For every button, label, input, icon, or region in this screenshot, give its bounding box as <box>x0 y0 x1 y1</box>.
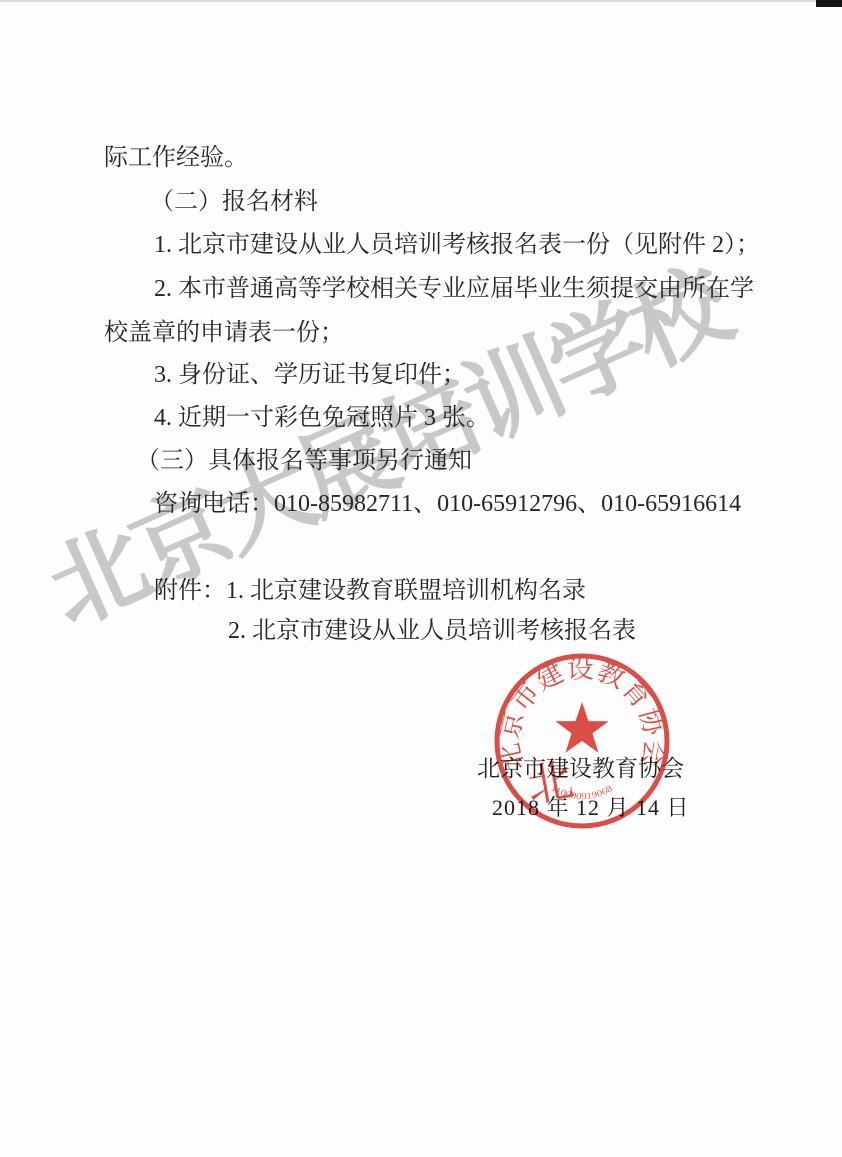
item-graduate-application-2: 校盖章的申请表一份； <box>104 320 344 348</box>
item-id-copies: 3. 身份证、学历证书复印件； <box>154 362 466 390</box>
document-page: 北京大展培训学校 际工作经验。 （二）报名材料 1. 北京市建设从业人员培训考核… <box>0 0 842 1157</box>
line-carryover-text: 际工作经验。 <box>104 145 248 173</box>
item-registration-form: 1. 北京市建设从业人员培训考核报名表一份（见附件 2）； <box>154 232 760 260</box>
scan-edge-line <box>0 0 842 2</box>
official-seal: 北京市建设教育协会 110000919068 北 <box>487 646 677 836</box>
scan-corner-mark <box>816 0 842 7</box>
heading-registration-materials: （二）报名材料 <box>150 189 318 217</box>
line-contact-phones: 咨询电话：010-85982711、010-65912796、010-65916… <box>154 491 741 519</box>
line-attachment-1: 附件：1. 北京建设教育联盟培训机构名录 <box>154 578 586 606</box>
line-attachment-2: 2. 北京市建设从业人员培训考核报名表 <box>228 618 636 646</box>
item-graduate-application-1: 2. 本市普通高等学校相关专业应届毕业生须提交由所在学 <box>154 276 754 304</box>
star-icon <box>555 702 608 753</box>
seal-corner-glyph: 北 <box>523 754 577 812</box>
item-photos: 4. 近期一寸彩色免冠照片 3 张。 <box>154 405 490 433</box>
heading-further-notice: （三）具体报名等事项另行通知 <box>136 448 472 476</box>
